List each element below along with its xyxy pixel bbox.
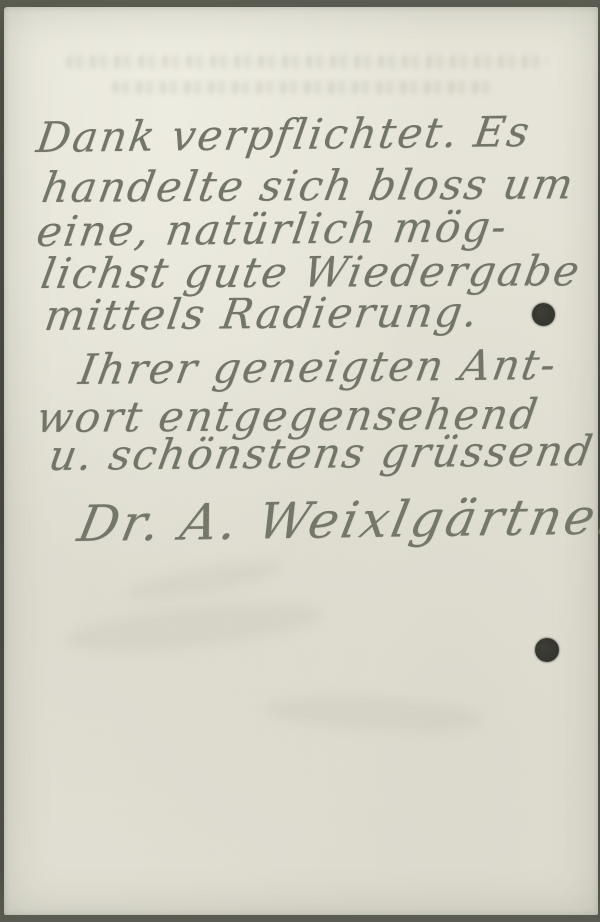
paper-smudge: [263, 691, 484, 736]
paper-smudge: [123, 553, 285, 606]
punch-hole-top: [532, 303, 555, 326]
handwritten-line: Dank verpflichtet. Es: [34, 111, 534, 159]
paper-smudge: [63, 594, 326, 661]
scanned-letter-page: Dank verpflichtet. Es handelte sich blos…: [0, 0, 600, 922]
handwritten-closing-line: Ihrer geneigten Ant-: [76, 344, 560, 391]
punch-hole-bottom: [535, 638, 559, 662]
letterhead-bleedthrough-line-1: [66, 55, 548, 68]
handwritten-closing-line: u. schönstens grüssend: [46, 430, 597, 477]
signature: Dr. A. Weixlgärtner: [74, 491, 600, 549]
handwritten-line: mittels Radierung.: [42, 291, 482, 337]
letterhead-bleedthrough-line-2: [112, 81, 496, 94]
paper-sheet: Dank verpflichtet. Es handelte sich blos…: [4, 7, 598, 915]
